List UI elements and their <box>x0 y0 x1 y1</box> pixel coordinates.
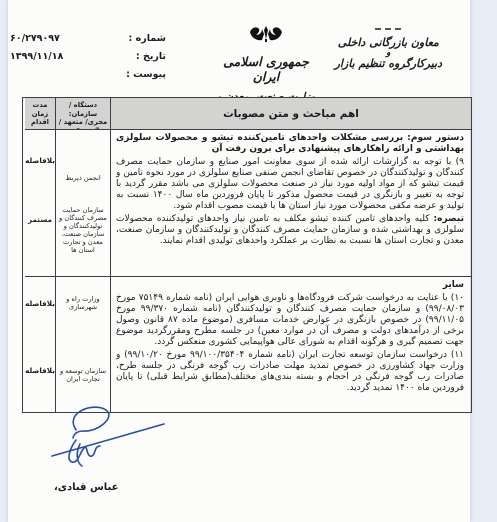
section2-resolutions-cell: سایر ۱۰) با عنایت به درخواست شرکت فرودگا… <box>110 277 471 412</box>
country-title: جمهوری اسلامی ایران <box>216 54 316 84</box>
section2-org1: وزارت راه و شهرسازی <box>56 295 110 311</box>
photo-background: شماره : ۶۰/۲۷۹۰۹۷ تاریخ : ۱۳۹۹/۱۱/۱۸ پیو… <box>0 0 497 522</box>
role-conjunction: و <box>335 49 442 57</box>
meta-number-row: شماره : ۶۰/۲۷۹۰۹۷ <box>10 33 166 44</box>
resolutions-table: اهم مباحث و متن مصوبات دستگاه /سازمان: م… <box>22 97 472 413</box>
section2-org2: سازمان توسعه و تجارت ایران <box>56 367 110 383</box>
section1-title: دستور سوم: بررسی مشکلات واحدهای تامین‌کن… <box>116 133 464 155</box>
number-label: شماره : <box>129 33 166 44</box>
note-label: تبصره: <box>434 214 464 224</box>
number-value: ۶۰/۲۷۹۰۹۷ <box>10 33 60 44</box>
section1-note: تبصره: کلیه واحدهای تامین کننده تیشو مکل… <box>116 214 464 247</box>
date-value: ۱۳۹۹/۱۱/۱۸ <box>10 51 63 62</box>
section2-item11: ۱۱) درخواست سازمان توسعه تجارت ایران (نا… <box>116 350 464 394</box>
table-header-org: دستگاه /سازمان: مجری/ متعهد / پیگیری کنن… <box>55 98 110 130</box>
handwritten-dashes <box>375 28 401 30</box>
section2-duration-cell: بلافاصله بلافاصله <box>25 277 55 412</box>
signature-scribble-icon <box>46 400 176 480</box>
note-text: کلیه واحدهای تامین کننده تیشو مکلف به تا… <box>116 214 464 246</box>
section1-duration-cell: بلافاصله مستمر <box>25 130 55 277</box>
letterhead-meta: شماره : ۶۰/۲۷۹۰۹۷ تاریخ : ۱۳۹۹/۱۱/۱۸ پیو… <box>10 33 166 87</box>
section1-dur2: مستمر <box>25 215 55 224</box>
meta-attachment-row: پیوست : <box>10 69 166 80</box>
meta-date-row: تاریخ : ۱۳۹۹/۱۱/۱۸ <box>10 51 166 62</box>
date-label: تاریخ : <box>136 51 166 62</box>
signatory-name: عباس قبادی، <box>54 482 118 493</box>
section1-org-cell: انجمن ذیربط سازمان حمایت مصرف کنندگان و … <box>55 130 110 277</box>
section2-org-cell: وزارت راه و شهرسازی سازمان توسعه و تجارت… <box>55 277 110 412</box>
section1-org1: انجمن ذیربط <box>56 174 110 182</box>
section2-dur1: بلافاصله <box>25 299 55 308</box>
attachment-label: پیوست : <box>126 69 166 80</box>
section2-item10: ۱۰) با عنایت به درخواست شرکت فرودگاه‌ها … <box>116 293 464 348</box>
section1-org2: سازمان حمایت مصرف کنندگان و تولیدکنندگان… <box>56 206 110 254</box>
letterhead-roles: معاون بازرگانی داخلی و دبیرکارگروه تنظیم… <box>335 28 442 70</box>
section2-title: سایر <box>116 280 464 291</box>
table-header-main: اهم مباحث و متن مصوبات <box>110 98 471 130</box>
section1-resolutions-cell: دستور سوم: بررسی مشکلات واحدهای تامین‌کن… <box>110 130 471 277</box>
role-line2: دبیرکارگروه تنظیم بازار <box>335 57 442 70</box>
document-page: شماره : ۶۰/۲۷۹۰۹۷ تاریخ : ۱۳۹۹/۱۱/۱۸ پیو… <box>8 0 470 522</box>
section1-item9: ۹) با توجه به گزارشات ارائه شده از سوی م… <box>116 157 464 212</box>
section2-dur2: بلافاصله <box>25 366 55 375</box>
table-header-duration: مدت زمان اقدام <box>25 98 55 130</box>
iran-emblem-icon <box>248 26 284 48</box>
signature-area <box>46 400 176 484</box>
section1-dur1: بلافاصله <box>25 156 55 165</box>
